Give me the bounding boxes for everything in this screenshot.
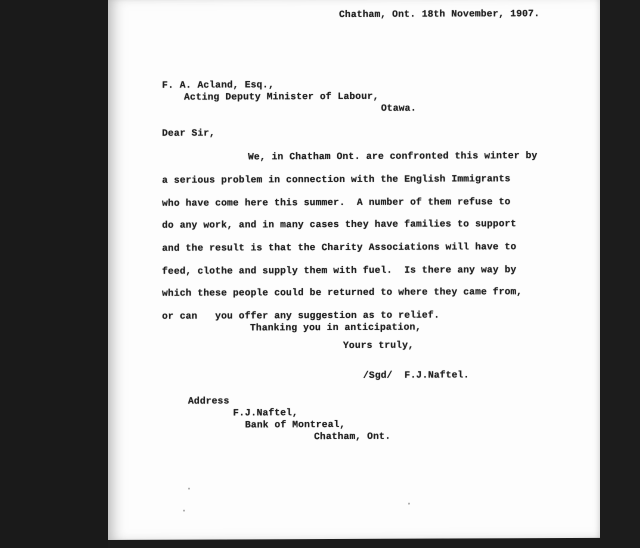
salutation: Dear Sir, (162, 128, 215, 140)
letter-page: Chatham, Ont. 18th November, 1907. F. A.… (108, 0, 600, 540)
body-line: feed, clothe and supply them with fuel. … (162, 264, 516, 278)
return-address-city: Chatham, Ont. (314, 431, 391, 443)
scan-speck (183, 510, 185, 512)
body-line: We, in Chatham Ont. are confronted this … (248, 150, 537, 163)
return-address-name: F.J.Naftel, (233, 407, 298, 419)
signature: /Sgd/ F.J.Naftel. (363, 369, 469, 381)
body-line: and the result is that the Charity Assoc… (162, 241, 516, 255)
dateline: Chatham, Ont. 18th November, 1907. (339, 8, 540, 21)
body-line: a serious problem in connection with the… (162, 173, 511, 187)
closing: Thanking you in anticipation, (250, 322, 421, 335)
body-line: do any work, and in many cases they have… (162, 218, 516, 232)
body-line: which these people could be returned to … (162, 286, 522, 300)
scan-speck (188, 488, 190, 490)
return-address-label: Address (188, 395, 229, 407)
body-line: who have come here this summer. A number… (162, 196, 511, 210)
valediction: Yours truly, (343, 340, 414, 352)
recipient-city: Otawa. (381, 103, 416, 115)
recipient-name: F. A. Acland, Esq., (162, 79, 274, 91)
scan-speck (408, 503, 410, 505)
return-address-org: Bank of Montreal, (245, 419, 345, 431)
recipient-title: Acting Deputy Minister of Labour, (184, 91, 379, 104)
scan-background (0, 0, 108, 548)
